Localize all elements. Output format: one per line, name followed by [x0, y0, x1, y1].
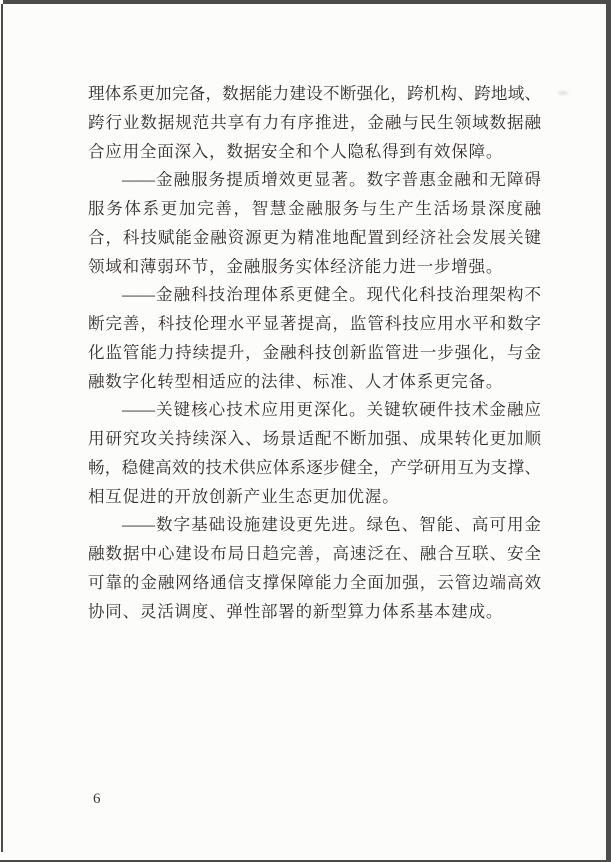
- scan-edge-left: [1, 4, 3, 852]
- text-line: 可靠的金融网络通信支撑保障能力全面加强，云管边端高效: [88, 569, 541, 598]
- text-line: 理体系更加完备，数据能力建设不断强化，跨机构、跨地域、: [88, 80, 541, 109]
- text-line: 融数据中心建设布局日趋完善，高速泛在、融合互联、安全: [88, 540, 541, 569]
- text-line: 跨行业数据规范共享有力有序推进，金融与民生领域数据融: [88, 109, 541, 138]
- text-block: 理体系更加完备，数据能力建设不断强化，跨机构、跨地域、 跨行业数据规范共享有力有…: [88, 80, 541, 626]
- text-line: 合应用全面深入，数据安全和个人隐私得到有效保障。: [88, 138, 541, 167]
- text-line: ——关键核心技术应用更深化。关键软硬件技术金融应: [88, 396, 541, 425]
- document-page: 理体系更加完备，数据能力建设不断强化，跨机构、跨地域、 跨行业数据规范共享有力有…: [0, 0, 611, 862]
- text-line: 化监管能力持续提升，金融科技创新监管进一步强化，与金: [88, 339, 541, 368]
- text-line: ——金融科技治理体系更健全。现代化科技治理架构不: [88, 281, 541, 310]
- paragraph: ——金融服务提质增效更显著。数字普惠金融和无障碍 服务体系更加完善，智慧金融服务…: [88, 166, 541, 281]
- text-line: 合，科技赋能金融资源更为精准地配置到经济社会发展关键: [88, 224, 541, 253]
- scan-edge-top: [3, 0, 611, 4]
- text-line: 用研究攻关持续深入、场景适配不断加强、成果转化更加顺: [88, 425, 541, 454]
- text-line: 相互促进的开放创新产业生态更加优渥。: [88, 483, 541, 512]
- text-line: ——数字基础设施建设更先进。绿色、智能、高可用金: [88, 511, 541, 540]
- paragraph: ——关键核心技术应用更深化。关键软硬件技术金融应 用研究攻关持续深入、场景适配不…: [88, 396, 541, 511]
- scan-artifact: [558, 91, 568, 95]
- paragraph: ——金融科技治理体系更健全。现代化科技治理架构不 断完善，科技伦理水平显著提高，…: [88, 281, 541, 396]
- text-line: 畅，稳健高效的技术供应体系逐步健全，产学研用互为支撑、: [88, 454, 541, 483]
- text-line: ——金融服务提质增效更显著。数字普惠金融和无障碍: [88, 166, 541, 195]
- text-line: 领域和薄弱环节，金融服务实体经济能力进一步增强。: [88, 253, 541, 282]
- text-line: 断完善，科技伦理水平显著提高，监管科技应用水平和数字: [88, 310, 541, 339]
- paragraph: ——数字基础设施建设更先进。绿色、智能、高可用金 融数据中心建设布局日趋完善，高…: [88, 511, 541, 626]
- text-line: 服务体系更加完善，智慧金融服务与生产生活场景深度融: [88, 195, 541, 224]
- paragraph: 理体系更加完备，数据能力建设不断强化，跨机构、跨地域、 跨行业数据规范共享有力有…: [88, 80, 541, 166]
- scan-edge-right: [606, 0, 611, 862]
- text-line: 协同、灵活调度、弹性部署的新型算力体系基本建成。: [88, 598, 541, 627]
- page-number: 6: [93, 791, 101, 808]
- text-line: 融数字化转型相适应的法律、标准、人才体系更完备。: [88, 368, 541, 397]
